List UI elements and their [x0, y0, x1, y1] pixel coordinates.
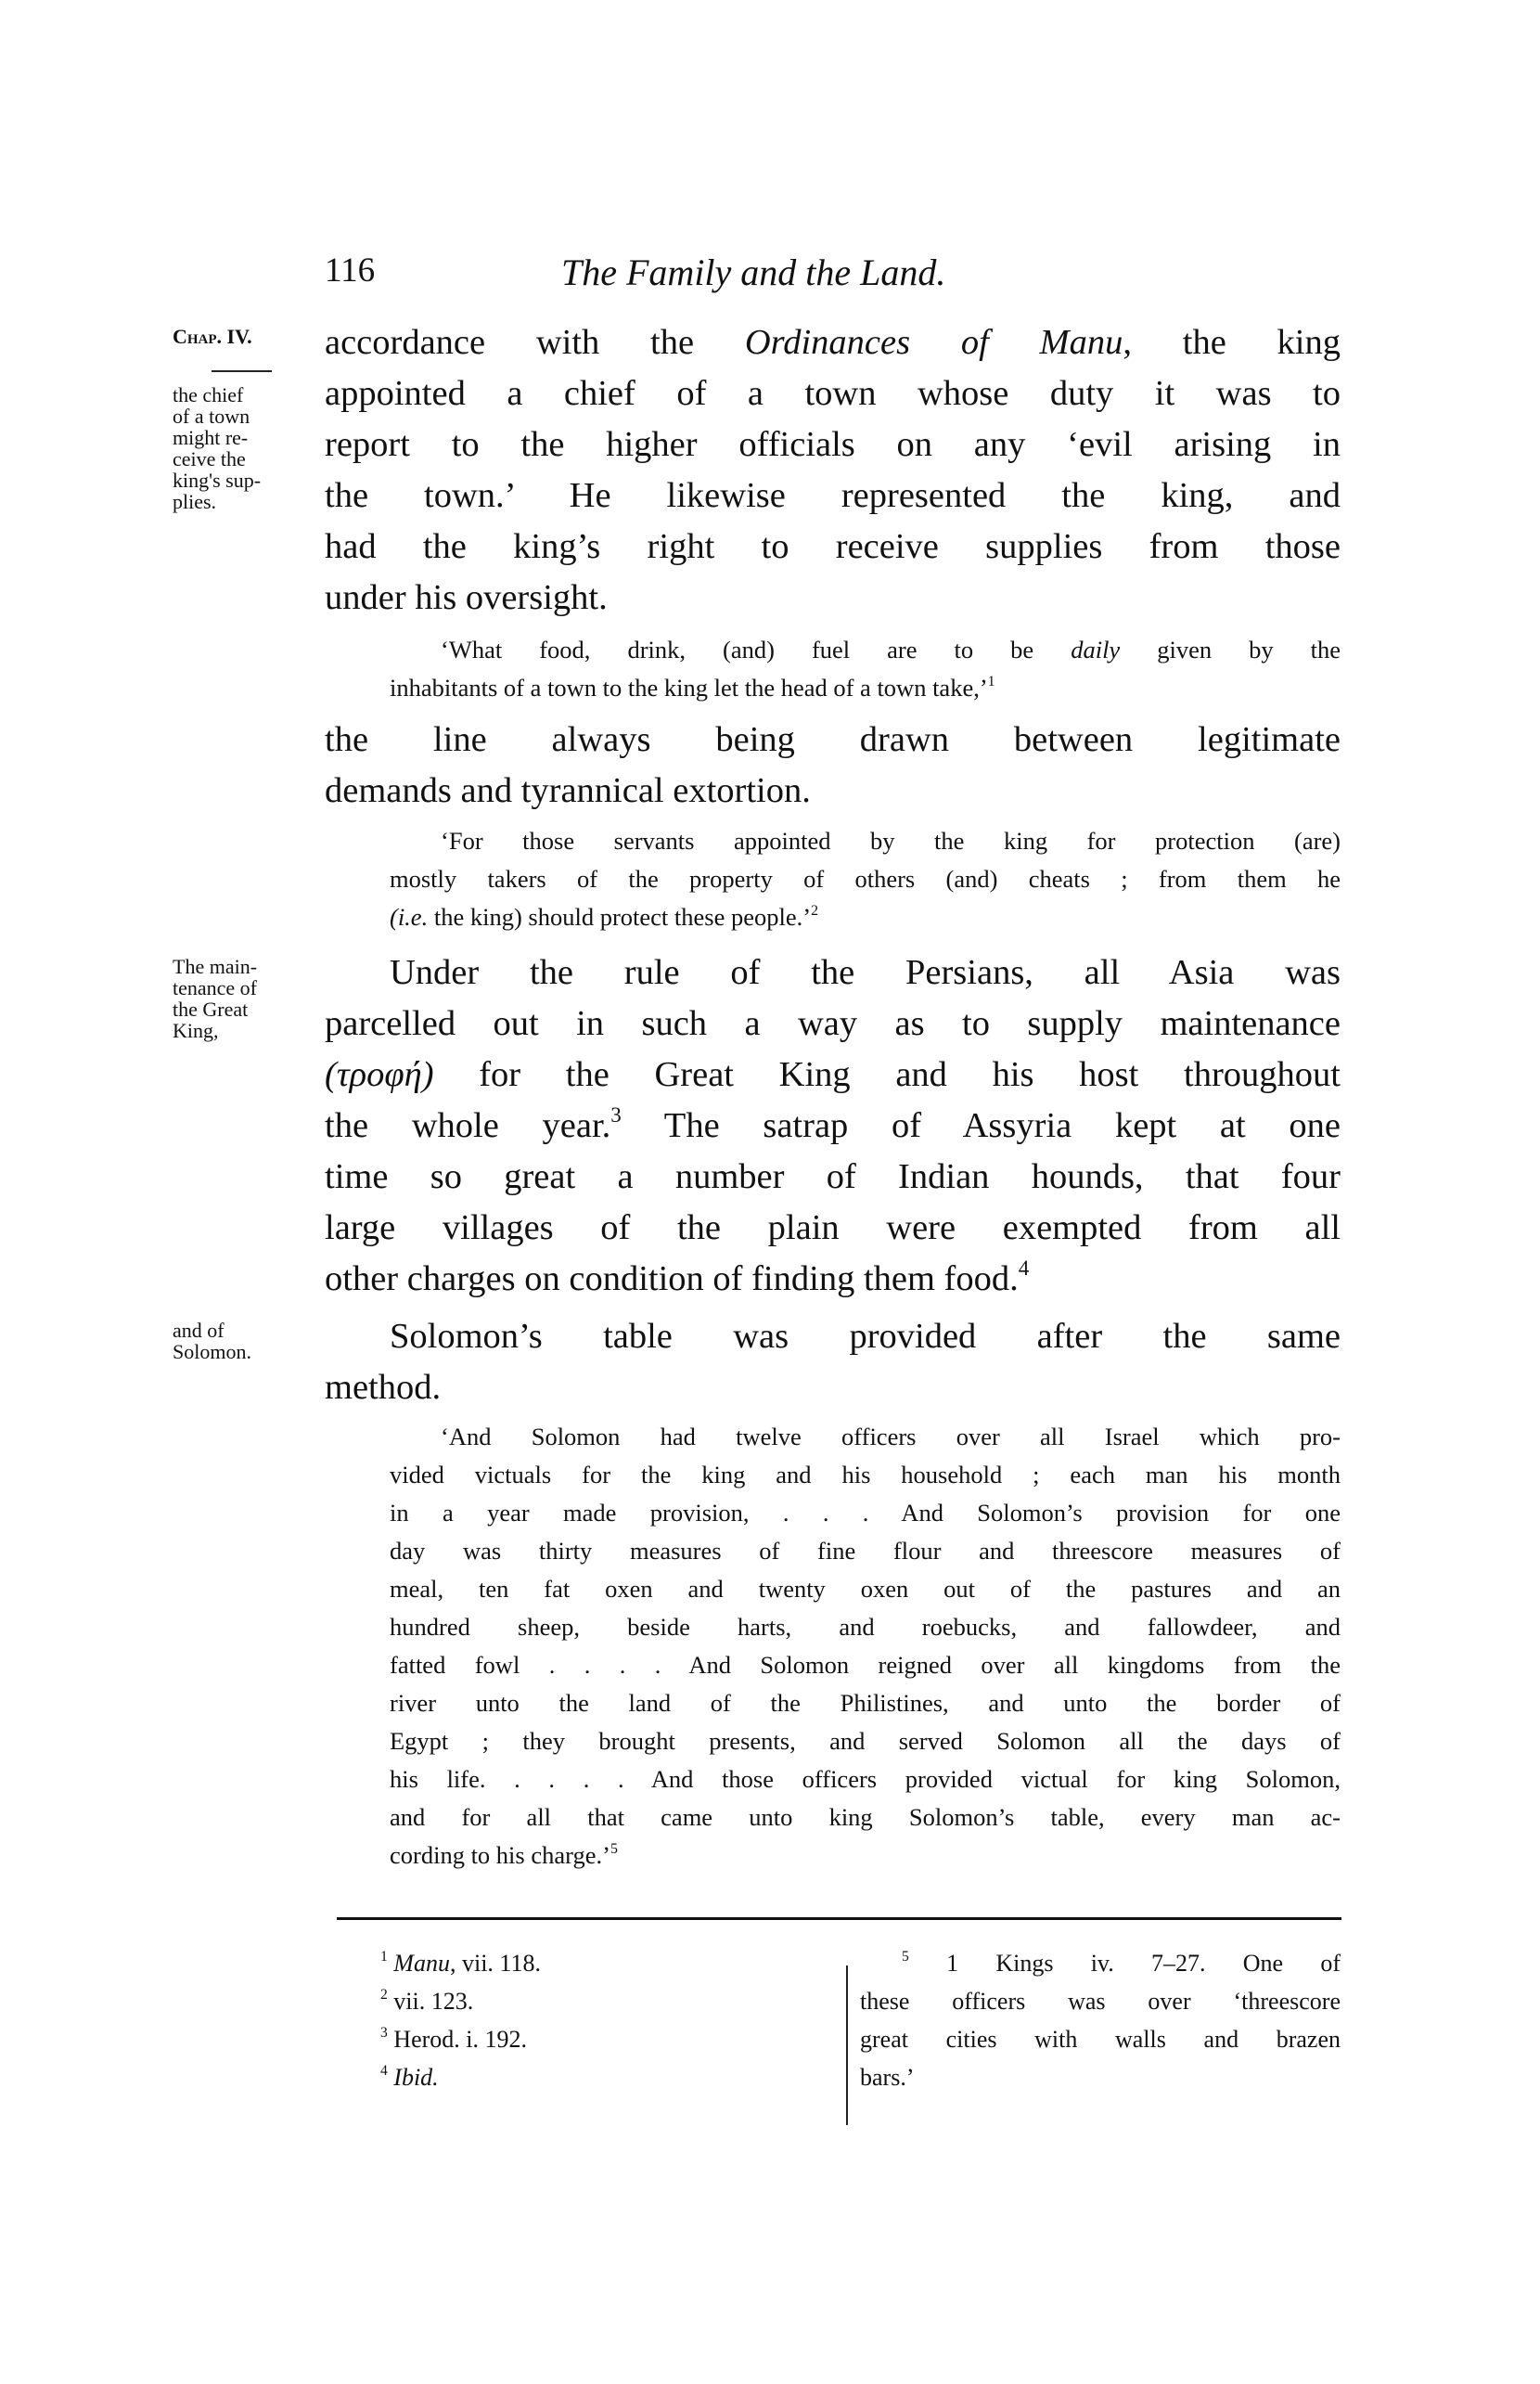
running-title: The Family and the Land.: [561, 251, 945, 294]
margin-note-line: ceive the: [173, 448, 312, 470]
quote-line: in a year made provision, . . . And Solo…: [390, 1494, 1341, 1532]
footnote-line: these officers was over ‘threescore: [860, 1982, 1341, 2020]
footnote-column-divider: [846, 1965, 848, 2125]
quote-line: (i.e. the king) should protect these peo…: [390, 898, 1341, 936]
margin-note-line: The main-: [173, 956, 312, 977]
quote-line: Egypt ; they brought presents, and serve…: [390, 1722, 1341, 1760]
body-line: (τροφή) for the Great King and his host …: [325, 1050, 1341, 1101]
body-line: the whole year.3 The satrap of Assyria k…: [325, 1101, 1341, 1152]
footnote-separator-rule: [337, 1917, 1341, 1920]
chapter-rule-divider: [212, 370, 272, 372]
page-number: 116: [325, 251, 375, 290]
quote-line: vided victuals for the king and his hous…: [390, 1456, 1341, 1494]
quote-line: his life. . . . . And those officers pro…: [390, 1760, 1341, 1798]
body-line: Under the rule of the Persians, all Asia…: [325, 947, 1341, 999]
quote-line: ‘What food, drink, (and) fuel are to be …: [441, 631, 1341, 669]
footnote-line: bars.’: [860, 2058, 1341, 2096]
footnote-5: 5 1 Kings iv. 7–27. One of these officer…: [860, 1944, 1341, 2096]
footnote-ref[interactable]: 3: [610, 1102, 622, 1127]
margin-note-line: king's sup-: [173, 470, 312, 491]
quote-line: meal, ten fat oxen and twenty oxen out o…: [390, 1570, 1341, 1608]
body-line: under his oversight.: [325, 573, 1341, 624]
footnote-line: great cities with walls and brazen: [860, 2020, 1341, 2058]
footnote-ref[interactable]: 5: [610, 1841, 618, 1857]
chapter-label: Chap. IV.: [173, 325, 252, 349]
body-line: time so great a number of Indian hounds,…: [325, 1152, 1341, 1203]
margin-note-line: Solomon.: [173, 1341, 312, 1362]
margin-note-line: tenance of: [173, 977, 312, 999]
body-line: method.: [325, 1362, 1341, 1413]
margin-note-line: of a town: [173, 406, 312, 427]
margin-note-line: plies.: [173, 491, 312, 512]
body-line: the line always being drawn between legi…: [325, 715, 1341, 766]
body-line: Solomon’s table was provided after the s…: [325, 1311, 1341, 1362]
body-line: appointed a chief of a town whose duty i…: [325, 368, 1341, 419]
quote-line: day was thirty measures of fine flour an…: [390, 1532, 1341, 1570]
footnote-4: 4 Ibid.: [380, 2058, 826, 2096]
margin-note-solomon: and of Solomon.: [173, 1320, 312, 1362]
margin-note-maintenance-great-king: The main- tenance of the Great King,: [173, 956, 312, 1041]
quote-line: hundred sheep, beside harts, and roebuck…: [390, 1608, 1341, 1646]
body-line: demands and tyrannical extortion.: [325, 766, 1341, 817]
footnote-3: 3 Herod. i. 192.: [380, 2020, 826, 2058]
body-line: report to the higher officials on any ‘e…: [325, 419, 1341, 470]
footnote-ref[interactable]: 1: [988, 674, 995, 689]
body-line: accordance with the Ordinances of Manu, …: [325, 317, 1341, 368]
footnote-ref[interactable]: 4: [1019, 1256, 1030, 1280]
footnote-line: 5 1 Kings iv. 7–27. One of: [860, 1944, 1341, 1982]
running-head: 116 The Family and the Land.: [325, 251, 1345, 297]
quote-line: inhabitants of a town to the king let th…: [390, 669, 1341, 707]
footnotes-left-column: 1 Manu, vii. 118. 2 vii. 123. 3 Herod. i…: [380, 1944, 826, 2096]
quote-line: and for all that came unto king Solomon’…: [390, 1798, 1341, 1836]
body-line: large villages of the plain were exempte…: [325, 1203, 1341, 1254]
margin-note-line: the chief: [173, 384, 312, 406]
body-line: other charges on condition of finding th…: [325, 1254, 1341, 1305]
margin-note-line: might re-: [173, 427, 312, 448]
margin-note-line: King,: [173, 1020, 312, 1041]
footnote-ref[interactable]: 2: [811, 903, 818, 919]
quote-line: river unto the land of the Philistines, …: [390, 1684, 1341, 1722]
quote-line: ‘For those servants appointed by the kin…: [441, 822, 1341, 860]
margin-note-chief-of-town: the chief of a town might re- ceive the …: [173, 384, 312, 512]
body-line: had the king’s right to receive supplies…: [325, 522, 1341, 573]
quote-line: mostly takers of the property of others …: [390, 860, 1341, 898]
body-line: the town.’ He likewise represented the k…: [325, 470, 1341, 522]
footnote-2: 2 vii. 123.: [380, 1982, 826, 2020]
quote-line: cording to his charge.’5: [390, 1836, 1341, 1875]
margin-note-line: and of: [173, 1320, 312, 1341]
footnote-1: 1 Manu, vii. 118.: [380, 1944, 826, 1982]
quote-line: fatted fowl . . . . And Solomon reigned …: [390, 1646, 1341, 1684]
margin-note-line: the Great: [173, 999, 312, 1020]
quote-line: ‘And Solomon had twelve officers over al…: [441, 1418, 1341, 1456]
body-line: parcelled out in such a way as to supply…: [325, 999, 1341, 1050]
